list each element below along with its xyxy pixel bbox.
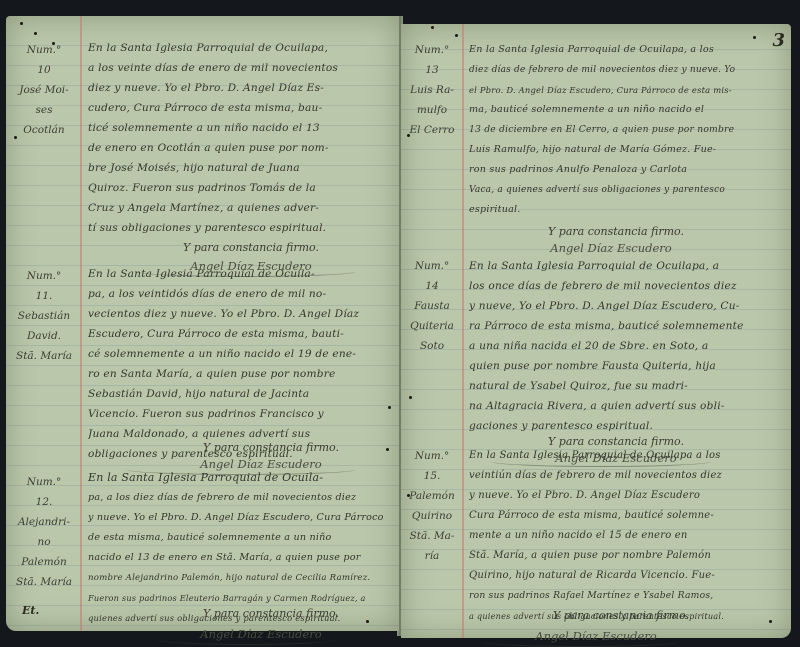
entry-line: y nueve, Yo el Pbro. D. Angel Díaz Escud… — [469, 296, 781, 316]
ink-speck — [20, 22, 23, 25]
entry-name: Alejandri- — [10, 512, 78, 532]
entry-line: nombre Alejandrino Palemón, hijo natural… — [88, 568, 391, 588]
entry-line: Escudero, Cura Párroco de esta misma, ba… — [88, 324, 391, 344]
ink-speck — [52, 42, 55, 45]
margin-rule — [80, 16, 82, 631]
entry-number-label: Num.° — [404, 256, 460, 276]
entry-name: David. — [10, 326, 78, 346]
entry-place: El Cerro — [404, 120, 460, 140]
entry-line: el Pbro. D. Angel Díaz Escudero, Cura Pá… — [469, 80, 781, 100]
entry-line: En la Santa Iglesia Parroquial de Ocuila… — [469, 40, 781, 60]
entry-name: Fausta — [404, 296, 460, 316]
margin-rule — [462, 24, 464, 638]
ink-speck — [386, 448, 389, 451]
entry-line: a una niña nacida el 20 de Sbre. en Soto… — [469, 336, 781, 356]
entry-number: 10 — [10, 60, 78, 80]
entry-number: 15. — [404, 466, 460, 486]
entry-line: de esta misma, bauticé solemnemente a un… — [88, 528, 391, 548]
entry-line: pa, a los diez días de febrero de mil no… — [88, 488, 391, 508]
entry-side-note: Num.° 12. Alejandri- no Palemón Stã. Mar… — [10, 472, 78, 592]
entry-name: Palemón — [10, 552, 78, 572]
entry-line: Quirino, hijo natural de Ricarda Vicenci… — [469, 566, 781, 586]
ink-speck — [34, 32, 37, 35]
ink-speck — [455, 34, 458, 37]
entry-line: 13 de diciembre en El Cerro, a quien pus… — [469, 120, 781, 140]
entry-body: En la Santa Iglesia Parroquial de Ocuila… — [88, 38, 391, 238]
entry-line: ro en Santa María, a quien puse por nomb… — [88, 364, 391, 384]
entry-side-note: Num.° 10 José Moi- ses Ocotlán — [10, 40, 78, 140]
entry-side-note: Num.° 14 Fausta Quiteria Soto — [404, 256, 460, 356]
entry-place: Stã. María — [10, 346, 78, 366]
entry-line: Luis Ramulfo, hijo natural de María Góme… — [469, 140, 781, 160]
entry-line: diez y nueve. Yo el Pbro. D. Angel Díaz … — [88, 78, 391, 98]
entry-line: y nueve. Yo el Pbro. D. Angel Díaz Escud… — [88, 508, 391, 528]
entry-number: 11. — [10, 286, 78, 306]
entry-line: nacido el 13 de enero en Stã. María, a q… — [88, 548, 391, 568]
entry-place: Stã. Ma- — [404, 526, 460, 546]
entry-line: En la Santa Iglesia Parroquial de Ocuila… — [88, 264, 391, 284]
entry-line: cé solemnemente a un niño nacido el 19 d… — [88, 344, 391, 364]
entry-line: tí sus obligaciones y parentesco espirit… — [88, 218, 391, 238]
entry-name: Luis Ra- — [404, 80, 460, 100]
ink-speck — [366, 620, 369, 623]
entry-body: En la Santa Iglesia Parroquial de Ocuila… — [469, 40, 781, 220]
ink-speck — [407, 134, 410, 137]
entry-place: Stã. María — [10, 572, 78, 592]
entry-line: Cruz y Angela Martínez, a quienes adver- — [88, 198, 391, 218]
entry-side-note: Num.° 13 Luis Ra- mulfo El Cerro — [404, 40, 460, 140]
entry-number-label: Num.° — [10, 40, 78, 60]
entry-line: espiritual. — [469, 200, 781, 220]
entry-line: na Altagracia Rivera, a quien advertí su… — [469, 396, 781, 416]
entry-number-label: Num.° — [404, 446, 460, 466]
closing-formula: Y para constancia firmo. — [156, 238, 346, 258]
closing-formula: Y para constancia firmo. — [176, 604, 366, 624]
entry-name: José Moi- — [10, 80, 78, 100]
entry-line: En la Santa Iglesia Parroquial de Ocuila… — [469, 446, 781, 466]
entry-name: Quiteria — [404, 316, 460, 336]
ink-speck — [388, 406, 391, 409]
entry-line: vecientos diez y nueve. Yo el Pbro. D. A… — [88, 304, 391, 324]
open-register-book: Num.° 10 José Moi- ses Ocotlán En la San… — [0, 0, 800, 647]
entry-line: cudero, Cura Párroco de esta misma, bau- — [88, 98, 391, 118]
entry-body: En la Santa Iglesia Parroquial de Ocuila… — [88, 264, 391, 464]
entry-name: Sebastián — [10, 306, 78, 326]
entry-number: 14 — [404, 276, 460, 296]
entry-place: ría — [404, 546, 460, 566]
entry-line: Quiroz. Fueron sus padrinos Tomás de la — [88, 178, 391, 198]
entry-line: ticé solemnemente a un niño nacido el 13 — [88, 118, 391, 138]
entry-number: 13 — [404, 60, 460, 80]
entry-line: ma, bauticé solemnemente a un niño nacid… — [469, 100, 781, 120]
entry-line: bre José Moisés, hijo natural de Juana — [88, 158, 391, 178]
entry-line: a los veinte días de enero de mil noveci… — [88, 58, 391, 78]
entry-line: veintiún días de febrero de mil novecien… — [469, 466, 781, 486]
signature-flourish — [481, 636, 681, 647]
entry-name: ses — [10, 100, 78, 120]
entry-line: y nueve. Yo el Pbro. D. Angel Díaz Escud… — [469, 486, 781, 506]
entry-side-note: Num.° 15. Palemón Quirino Stã. Ma- ría — [404, 446, 460, 566]
entry-line: de enero en Ocotlán a quien puse por nom… — [88, 138, 391, 158]
entry-body: En la Santa Iglesia Parroquial de Ocuila… — [469, 256, 781, 436]
entry-name: Soto — [404, 336, 460, 356]
closing-formula: Y para constancia firmo. — [526, 606, 716, 626]
entry-name: Quirino — [404, 506, 460, 526]
entry-number: 12. — [10, 492, 78, 512]
ink-speck — [753, 36, 756, 39]
entry-name: no — [10, 532, 78, 552]
entry-line: los once días de febrero de mil novecien… — [469, 276, 781, 296]
entry-line: Vicencio. Fueron sus padrinos Francisco … — [88, 404, 391, 424]
entry-line: En la Santa Iglesia Parroquial de Ocuila… — [88, 468, 391, 488]
entry-number-label: Num.° — [404, 40, 460, 60]
entry-body: En la Santa Iglesia Parroquial de Ocuila… — [469, 446, 781, 626]
entry-line: mente a un niño nacido el 15 de enero en — [469, 526, 781, 546]
entry-line: ra Párroco de esta misma, bauticé solemn… — [469, 316, 781, 336]
entry-line: Stã. María, a quien puse por nombre Pale… — [469, 546, 781, 566]
entry-number-label: Num.° — [10, 266, 78, 286]
right-page: 3 Num.° 13 Luis Ra- mulfo El Cerro En la… — [401, 24, 791, 638]
entry-line: Cura Párroco de esta misma, bauticé sole… — [469, 506, 781, 526]
entry-number-label: Num.° — [10, 472, 78, 492]
entry-line: ron sus padrinos Anulfo Penaloza y Carlo… — [469, 160, 781, 180]
priest-signature: Angel Díaz Escudero — [516, 238, 706, 258]
left-page: Num.° 10 José Moi- ses Ocotlán En la San… — [6, 16, 399, 631]
bottom-margin-mark: Et. — [22, 604, 39, 617]
ink-speck — [409, 396, 412, 399]
ink-speck — [14, 136, 17, 139]
ink-speck — [769, 620, 772, 623]
entry-line: Sebastián David, hijo natural de Jacinta — [88, 384, 391, 404]
entry-line: natural de Ysabel Quiroz, fue su madri- — [469, 376, 781, 396]
entry-line: En la Santa Iglesia Parroquial de Ocuila… — [88, 38, 391, 58]
entry-side-note: Num.° 11. Sebastián David. Stã. María — [10, 266, 78, 366]
ink-speck — [407, 494, 410, 497]
entry-line: Vaca, a quienes advertí sus obligaciones… — [469, 180, 781, 200]
entry-name: mulfo — [404, 100, 460, 120]
entry-name: Palemón — [404, 486, 460, 506]
ink-speck — [431, 26, 434, 29]
entry-line: diez días de febrero de mil novecientos … — [469, 60, 781, 80]
entry-line: pa, a los veintidós días de enero de mil… — [88, 284, 391, 304]
entry-line: ron sus padrinos Rafael Martínez e Ysabe… — [469, 586, 781, 606]
entry-place: Ocotlán — [10, 120, 78, 140]
signature-flourish — [156, 634, 336, 645]
entry-line: quien puse por nombre Fausta Quiteria, h… — [469, 356, 781, 376]
entry-line: En la Santa Iglesia Parroquial de Ocuila… — [469, 256, 781, 276]
